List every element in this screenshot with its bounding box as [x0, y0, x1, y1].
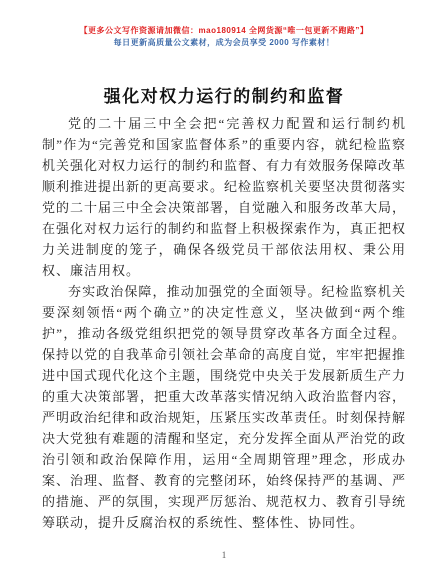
document-body: 党的二十届三中全会把“完善权力配置和运行制约机制”作为“完善党和国家监督体系”的… — [0, 113, 448, 533]
paragraph-1: 党的二十届三中全会把“完善权力配置和运行制约机制”作为“完善党和国家监督体系”的… — [42, 113, 406, 281]
page-number: 1 — [0, 550, 448, 560]
promo-header: 【更多公文写作资源请加微信：mao180914 全网货源“唯一包更新不跑路”】 … — [0, 0, 448, 49]
promo-line-red: 【更多公文写作资源请加微信：mao180914 全网货源“唯一包更新不跑路”】 — [0, 25, 448, 37]
document-page: 【更多公文写作资源请加微信：mao180914 全网货源“唯一包更新不跑路”】 … — [0, 0, 448, 580]
promo-line-blue: 每日更新高质量公文素材，成为会员享受 2000 写作素材！ — [0, 37, 448, 49]
page-title: 强化对权力运行的制约和监督 — [0, 86, 448, 108]
paragraph-2: 夯实政治保障，推动加强党的全面领导。纪检监察机关要深刻领悟“两个确立”的决定性意… — [42, 281, 406, 533]
